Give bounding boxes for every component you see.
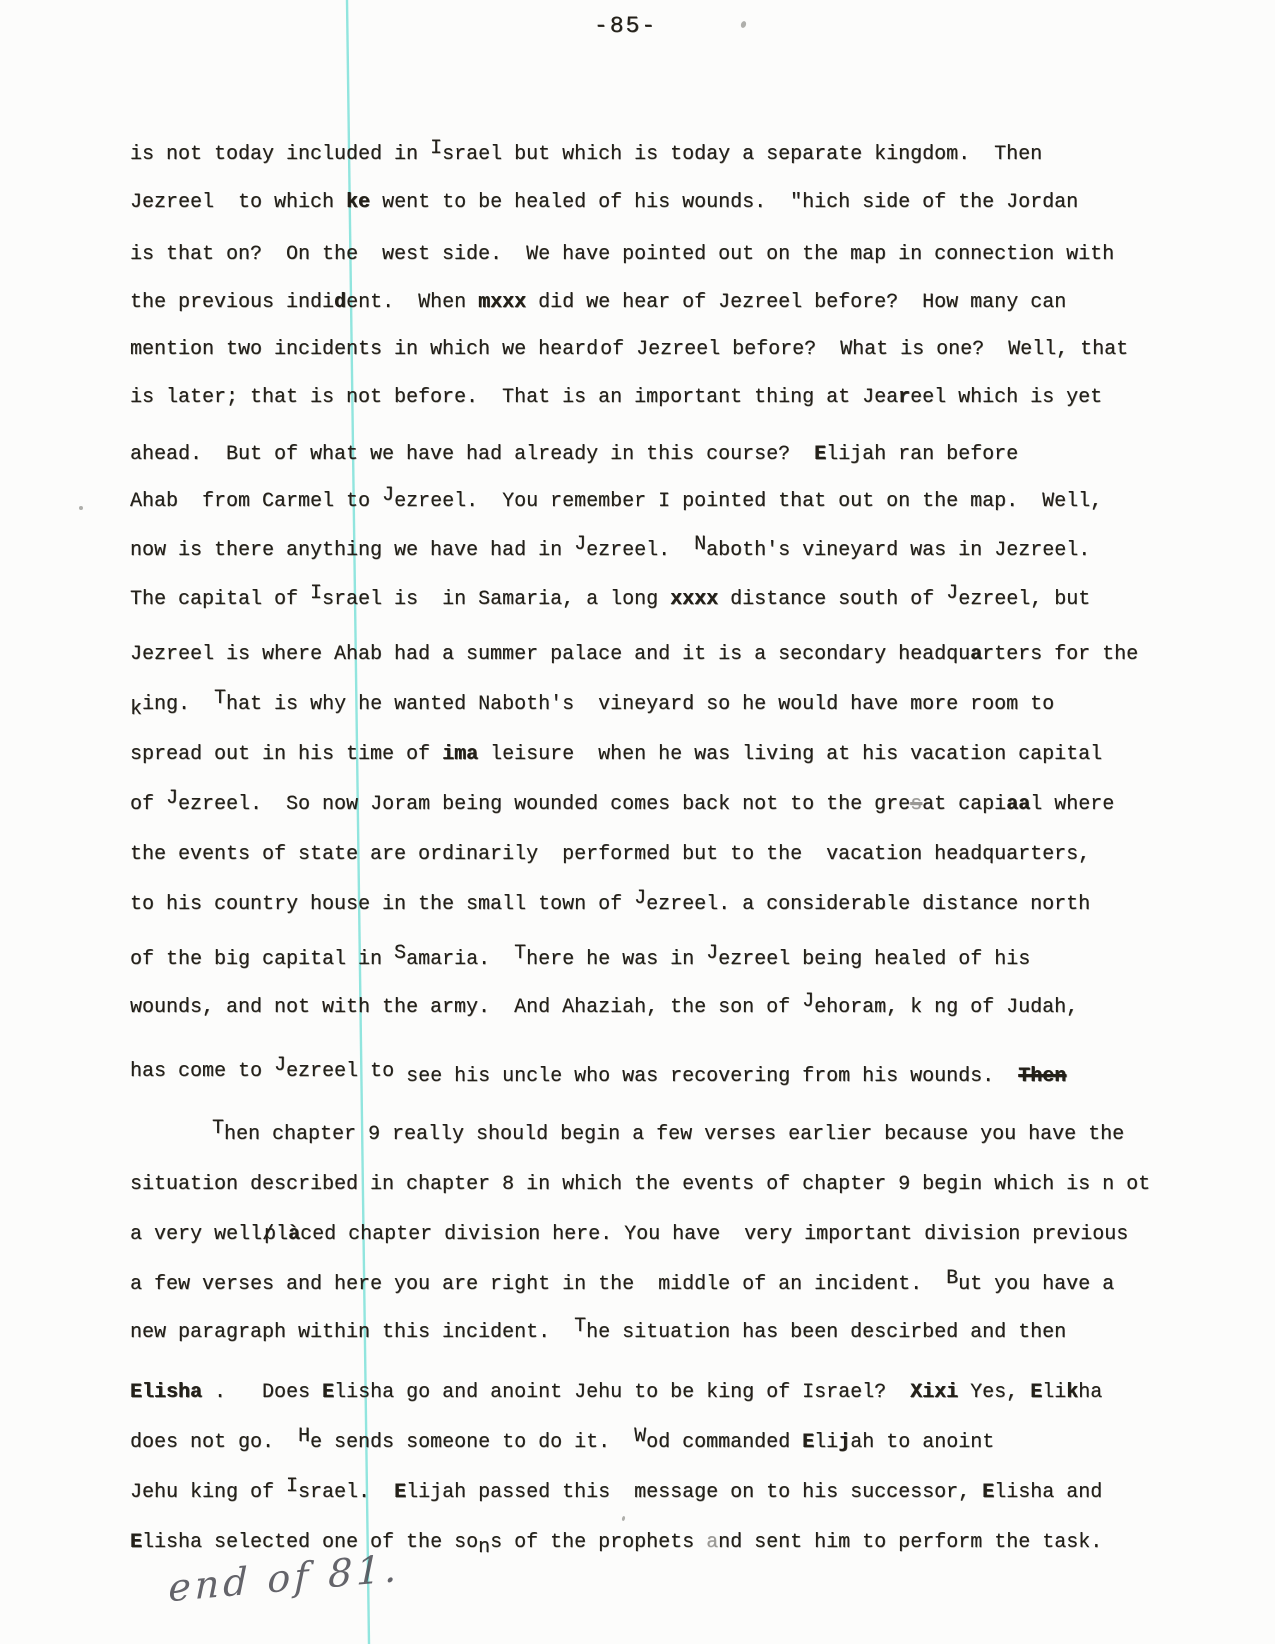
typed-line: Elisha . Does Elisha go and anoint Jehu … [130, 1378, 1102, 1408]
typed-line: Jezreel to which ke went to be healed of… [130, 188, 1078, 218]
typed-line: is later; that is not before. That is an… [130, 383, 1102, 413]
typed-line: a few verses and here you are right in t… [130, 1270, 1114, 1300]
typed-text-block: is not today included in Israel but whic… [0, 0, 1275, 1644]
typed-line: Jehu king of Israel. Elijah passed this … [130, 1478, 1102, 1508]
typed-line: Jezreel is where Ahab had a summer palac… [130, 640, 1138, 670]
typed-line: is that on? On the west side. We have po… [130, 240, 1114, 270]
typed-line: ahead. But of what we have had already i… [130, 440, 1018, 470]
typed-line: does not go. He sends someone to do it. … [130, 1428, 994, 1458]
typed-line: mention two incidents in which we heard … [130, 335, 1128, 365]
typed-line: Ahab from Carmel to Jezreel. You remembe… [130, 487, 1102, 517]
typed-line: the previous indident. When mxxx did we … [130, 288, 1066, 318]
typed-line: a very well/plàced chapter division here… [130, 1220, 1128, 1250]
typed-line: Elisha selected one of the sons of the p… [130, 1528, 1102, 1558]
typed-line: of Jezreel. So now Joram being wounded c… [130, 790, 1114, 820]
document-page: -85- is not today included in Israel but… [0, 0, 1275, 1644]
typed-line: The capital of Israel is in Samaria, a l… [130, 585, 1090, 615]
typed-line: to his country house in the small town o… [130, 890, 1090, 920]
typed-line: king. That is why he wanted Naboth's vin… [130, 690, 1054, 720]
typed-line: has come to Jezreel to see his uncle who… [130, 1057, 1066, 1087]
typed-line: spread out in his time of ima leisure wh… [130, 740, 1102, 770]
typed-line: now is there anything we have had in Jez… [130, 536, 1090, 566]
typed-line: situation described in chapter 8 in whic… [130, 1170, 1150, 1200]
typed-line: is not today included in Israel but whic… [130, 140, 1042, 170]
typed-line: wounds, and not with the army. And Ahazi… [130, 993, 1078, 1023]
ink-speck [79, 506, 83, 510]
typed-line: of the big capital in Samaria. There he … [130, 945, 1030, 975]
typed-line: Then chapter 9 really should begin a few… [212, 1120, 1124, 1150]
typed-line: the events of state are ordinarily perfo… [130, 840, 1090, 870]
typed-line: new paragraph within this incident. The … [130, 1318, 1066, 1348]
